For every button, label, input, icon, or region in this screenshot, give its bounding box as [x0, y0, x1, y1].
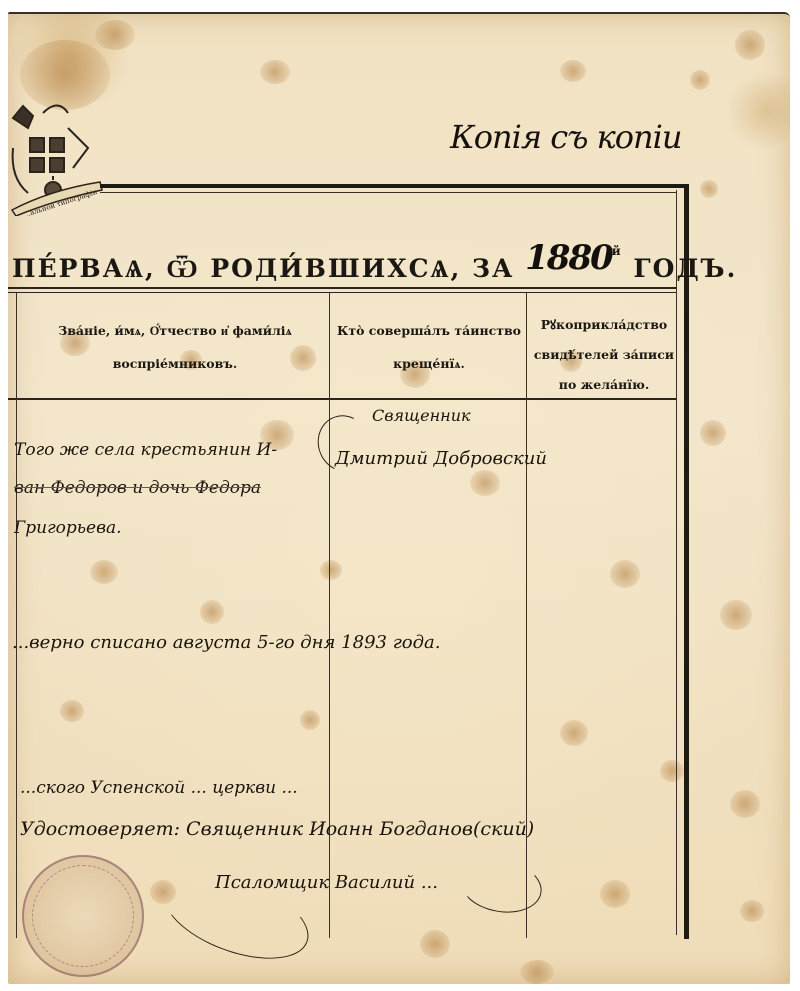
frame-border-top: [100, 184, 688, 188]
copy-date-line: ...верно списано августа 5-го дня 1893 г…: [12, 632, 441, 653]
godparents-line-1: Того же села крестьянин И-: [14, 440, 277, 460]
round-church-seal: [22, 855, 144, 977]
godparents-line-2: ван Федоров и дочь Федора: [14, 478, 261, 498]
frame-border-right-inner: [676, 190, 677, 935]
frame-border-top-inner: [100, 192, 676, 193]
column-divider-2: [526, 293, 527, 938]
heading-prefix: ПЕ́РВАѦ, Ѿ РОДИ́ВШИХСѦ, ЗА: [12, 254, 514, 283]
heading-year-suffix: й: [612, 244, 623, 258]
attestation-line-1: ...ского Успенской ... церкви ...: [20, 778, 298, 798]
register-heading: ПЕ́РВАѦ, Ѿ РОДИ́ВШИХСѦ, ЗА 1880й ГОДЪ.: [12, 246, 737, 286]
attestation-line-2: Удостоверяет: Священник Иоанн Богданов(с…: [20, 818, 534, 840]
typography-ribbon-banner: ...альной типографіи: [10, 180, 105, 216]
column-divider-1: [329, 293, 330, 938]
godparents-line-3: Григорьева.: [14, 518, 122, 538]
column-header-officiant: Кто̀ соверша́лъ та́инство креще́нїѧ.: [335, 314, 523, 380]
officiant-title: Священник: [372, 406, 471, 425]
seal-inner-ring: [32, 865, 134, 967]
heading-suffix: ГОДЪ.: [633, 254, 737, 283]
frame-border-right: [684, 184, 689, 939]
copy-annotation: Копія съ копіи: [450, 118, 681, 156]
column-header-godparents: Зва́ніе, и́мѧ, О҆́тчество и҆ фами́ліѧ во…: [30, 314, 320, 380]
column-header-witnesses: Рꙋкоприкла́дство свидѣ́телей за́писи по …: [532, 310, 676, 400]
column-divider-left: [16, 293, 17, 938]
rule-double-top: [8, 287, 676, 289]
heading-year: 1880: [525, 238, 612, 278]
rule-double-bottom: [8, 292, 676, 293]
